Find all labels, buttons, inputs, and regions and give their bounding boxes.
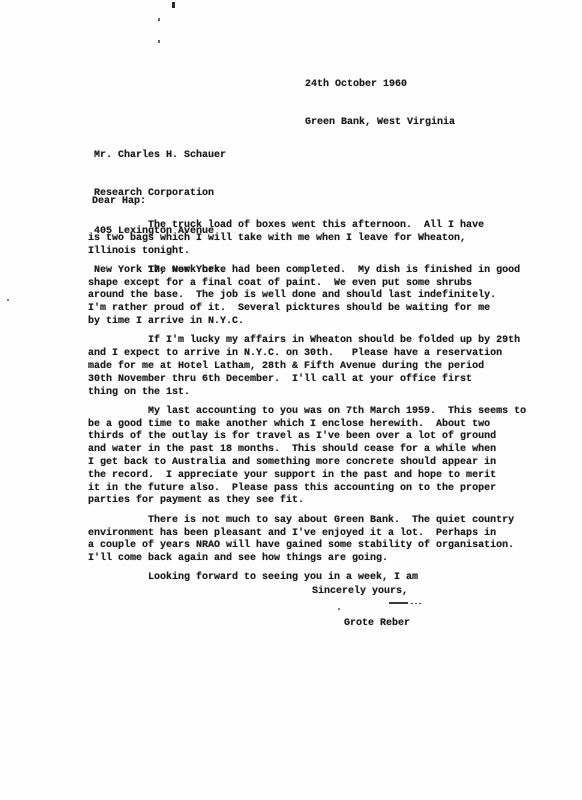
body-paragraph-2: The work here had been completed. My dis…	[88, 265, 558, 329]
body-paragraph-5: There is not much to say about Green Ban…	[88, 515, 558, 566]
scan-speck	[172, 2, 175, 8]
scanned-letter-page: 24th October 1960 Green Bank, West Virgi…	[0, 0, 582, 800]
scan-speck	[158, 18, 160, 21]
scan-speck	[158, 40, 160, 43]
date-text: 24th October 1960	[305, 79, 455, 92]
dateline-block: 24th October 1960 Green Bank, West Virgi…	[305, 53, 455, 155]
body-paragraph-4: My last accounting to you was on 7th Mar…	[88, 406, 558, 508]
scan-speck	[338, 608, 340, 610]
signature-pen-dots	[411, 603, 421, 604]
signature-name: Grote Reber	[344, 618, 410, 631]
scan-speck	[7, 299, 9, 301]
body-paragraph-3: If I'm lucky my affairs in Wheaton shoul…	[88, 335, 558, 399]
closing-line: Looking forward to seeing you in a week,…	[88, 572, 558, 585]
letter-body: The truck load of boxes went this aftern…	[88, 220, 558, 592]
salutation: Dear Hap:	[92, 196, 146, 209]
valediction: Sincerely yours,	[312, 586, 408, 599]
signature-pen-mark	[389, 602, 408, 604]
recipient-name: Mr. Charles H. Schauer	[94, 150, 226, 163]
place-text: Green Bank, West Virginia	[305, 117, 455, 130]
body-paragraph-1: The truck load of boxes went this aftern…	[88, 220, 558, 258]
